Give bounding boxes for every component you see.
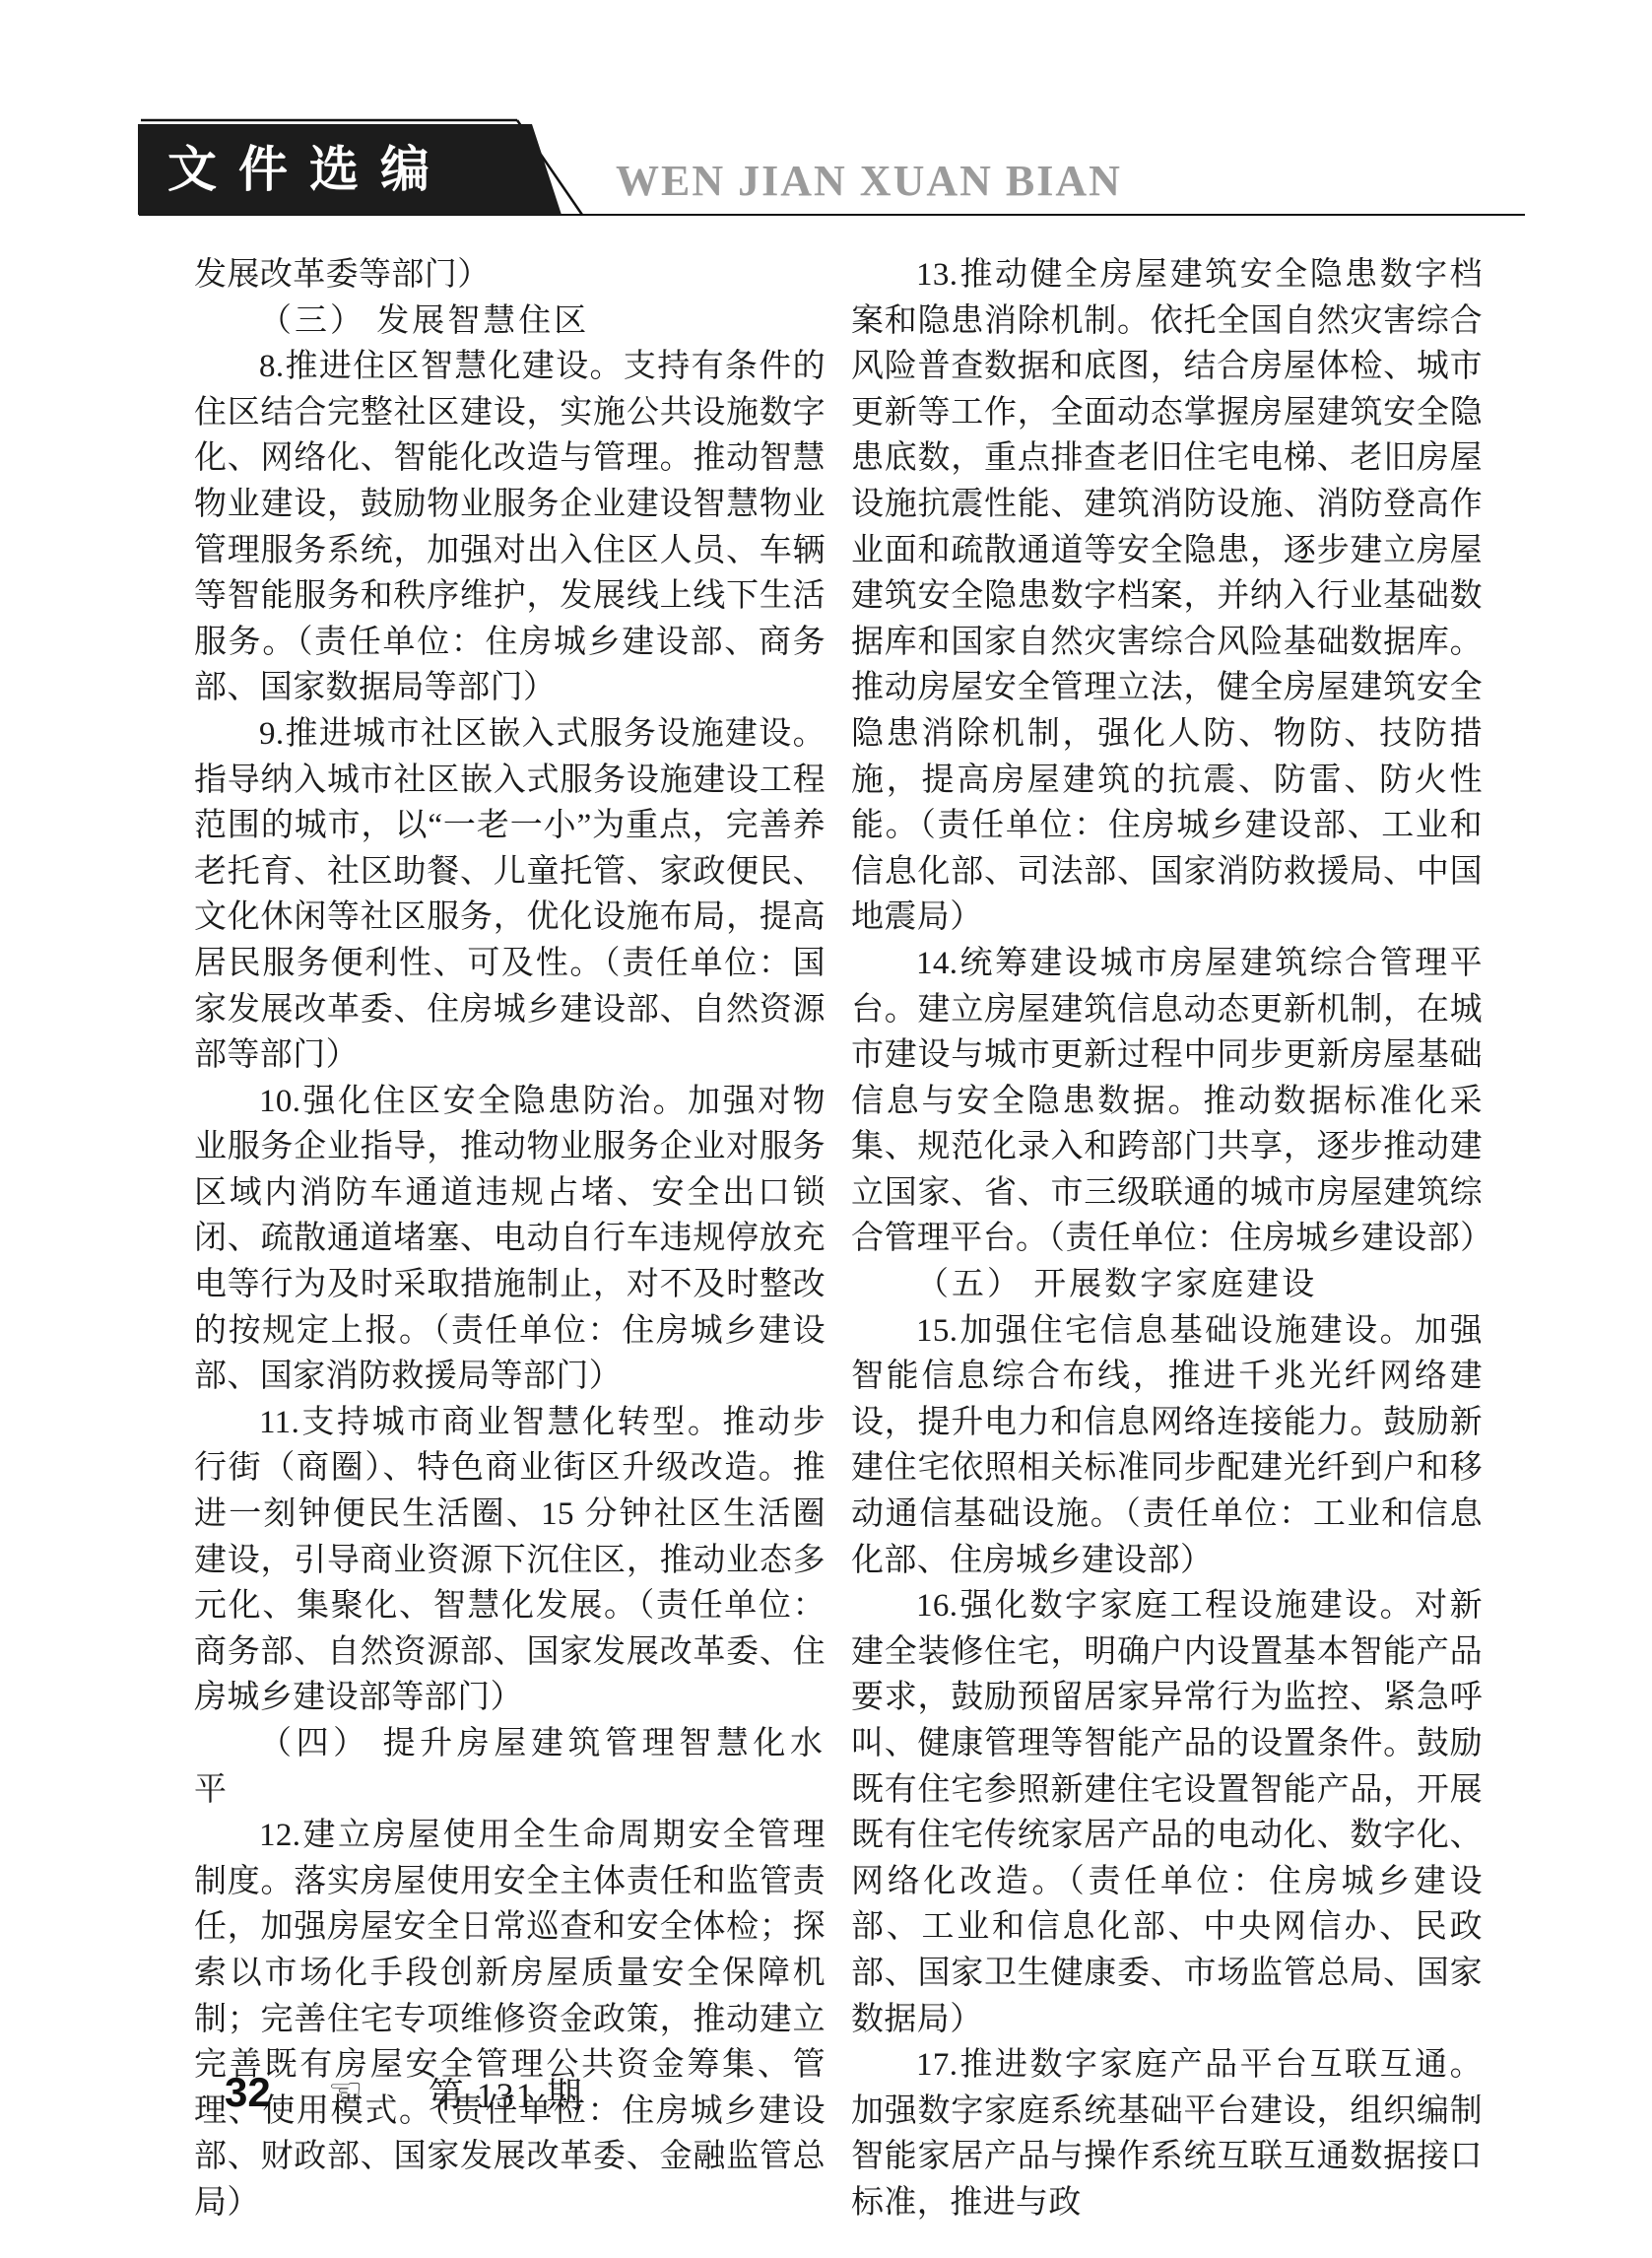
section-heading: （五） 开展数字家庭建设 — [851, 1262, 1483, 1308]
section-heading: （四） 提升房屋建筑管理智慧化水平 — [194, 1721, 826, 1813]
page-header: 文件选编 WEN JIAN XUAN BIAN — [131, 108, 1530, 219]
article-body: 发展改革委等部门）（三） 发展智慧住区8.推进住区智慧化建设。支持有条件的住区结… — [194, 252, 1483, 2226]
body-paragraph: 8.推进住区智慧化建设。支持有条件的住区结合完整社区建设，实施公共设施数字化、网… — [194, 344, 826, 711]
body-paragraph: 发展改革委等部门） — [194, 252, 826, 299]
body-paragraph: 11.支持城市商业智慧化转型。推动步行街（商圈）、特色商业街区升级改造。推进一刻… — [194, 1400, 826, 1721]
body-paragraph: 13.推动健全房屋建筑安全隐患数字档案和隐患消除机制。依托全国自然灾害综合风险普… — [851, 252, 1483, 941]
body-paragraph: 15.加强住宅信息基础设施建设。加强智能信息综合布线，推进千兆光纤网络建设，提升… — [851, 1308, 1483, 1584]
page-number: 32 — [225, 2069, 271, 2116]
section-title-text: 文件选编 — [138, 124, 562, 215]
document-page: 文件选编 WEN JIAN XUAN BIAN 发展改革委等部门）（三） 发展智… — [0, 0, 1652, 2258]
column-right: 13.推动健全房屋建筑安全隐患数字档案和隐患消除机制。依托全国自然灾害综合风险普… — [851, 252, 1483, 2226]
body-paragraph: 17.推进数字家庭产品平台互联互通。加强数字家庭系统基础平台建设，组织编制智能家… — [851, 2042, 1483, 2225]
body-paragraph: 14.统筹建设城市房屋建筑综合管理平台。建立房屋建筑信息动态更新机制，在城市建设… — [851, 941, 1483, 1262]
section-title-pinyin: WEN JIAN XUAN BIAN — [616, 156, 1122, 206]
body-paragraph: 9.推进城市社区嵌入式服务设施建设。指导纳入城市社区嵌入式服务设施建设工程范围的… — [194, 711, 826, 1079]
left-pointing-hand-icon: ☜ — [328, 2073, 363, 2112]
page-footer: 32 ☜ 第 131 期 — [225, 2065, 584, 2120]
section-title-banner: 文件选编 — [138, 124, 562, 215]
body-paragraph: 16.强化数字家庭工程设施建设。对新建全装修住宅，明确户内设置基本智能产品要求，… — [851, 1583, 1483, 2042]
section-heading: （三） 发展智慧住区 — [194, 299, 826, 345]
issue-number-label: 第 131 期 — [429, 2068, 584, 2118]
column-left: 发展改革委等部门）（三） 发展智慧住区8.推进住区智慧化建设。支持有条件的住区结… — [194, 252, 826, 2226]
body-paragraph: 10.强化住区安全隐患防治。加强对物业服务企业指导，推动物业服务企业对服务区域内… — [194, 1079, 826, 1400]
body-paragraph: 12.建立房屋使用全生命周期安全管理制度。落实房屋使用安全主体责任和监管责任，加… — [194, 1813, 826, 2225]
